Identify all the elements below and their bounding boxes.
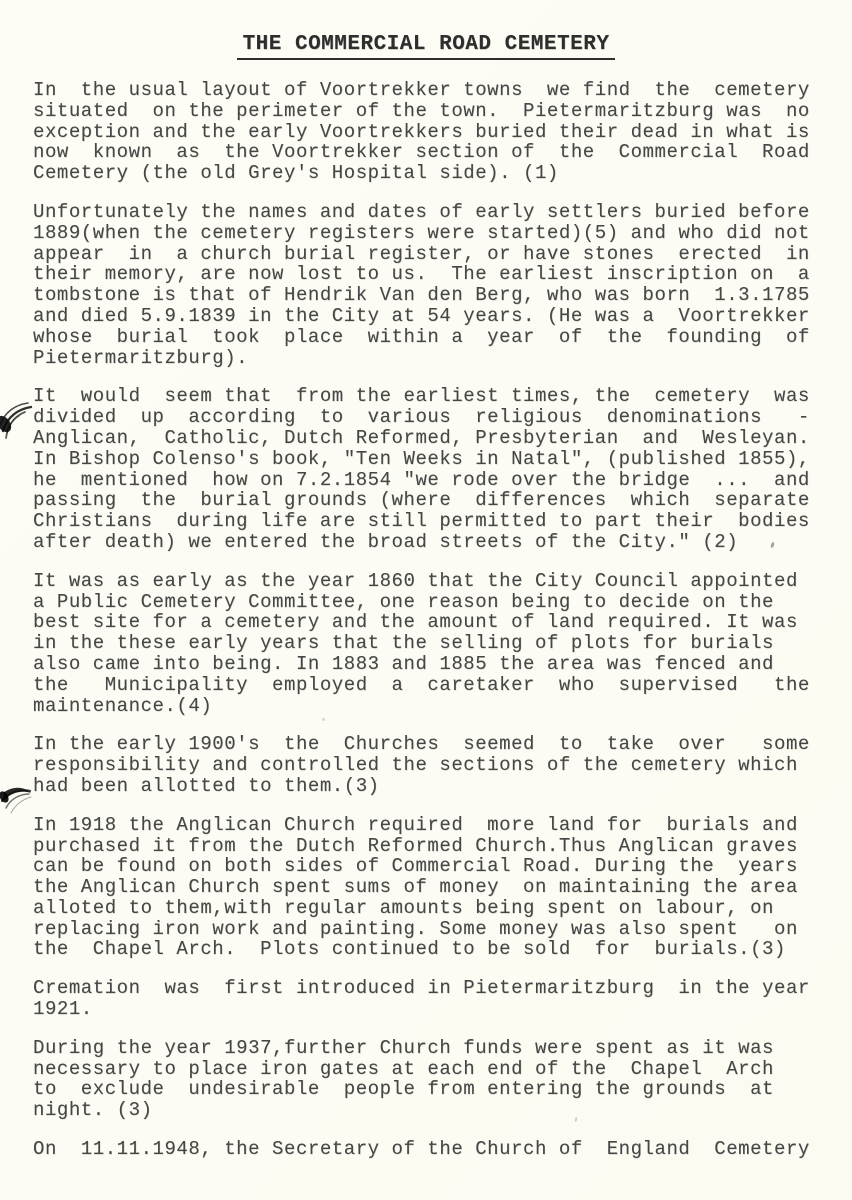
paragraph: In the usual layout of Voortrekker towns… — [33, 80, 852, 184]
document-body: In the usual layout of Voortrekker towns… — [0, 80, 852, 1160]
text-line: situated on the perimeter of the town. P… — [33, 101, 852, 122]
text-line: In 1918 the Anglican Church required mor… — [33, 815, 852, 836]
text-line: alloted to them,with regular amounts bei… — [33, 898, 852, 919]
text-line: During the year 1937,further Church fund… — [33, 1038, 852, 1059]
paragraph: On 11.11.1948, the Secretary of the Chur… — [33, 1139, 852, 1160]
text-line: their memory, are now lost to us. The ea… — [33, 264, 852, 285]
text-line: 1921. — [33, 999, 852, 1020]
paragraph: In 1918 the Anglican Church required mor… — [33, 815, 852, 961]
paragraph: During the year 1937,further Church fund… — [33, 1038, 852, 1121]
text-line: Cremation was first introduced in Pieter… — [33, 978, 852, 999]
text-line: the Chapel Arch. Plots continued to be s… — [33, 939, 852, 960]
text-line: night. (3) — [33, 1100, 852, 1121]
text-line: he mentioned how on 7.2.1854 "we rode ov… — [33, 470, 852, 491]
text-line: On 11.11.1948, the Secretary of the Chur… — [33, 1139, 852, 1160]
scanned-document-page: THE COMMERCIAL ROAD CEMETERY In the usua… — [0, 0, 852, 1200]
text-line: exception and the early Voortrekkers bur… — [33, 122, 852, 143]
text-line: in the these early years that the sellin… — [33, 633, 852, 654]
paragraph: Cremation was first introduced in Pieter… — [33, 978, 852, 1020]
text-line: Pietermaritzburg). — [33, 348, 852, 369]
text-line: the Anglican Church spent sums of money … — [33, 877, 852, 898]
text-line: Anglican, Catholic, Dutch Reformed, Pres… — [33, 428, 852, 449]
text-line: the Municipality employed a caretaker wh… — [33, 675, 852, 696]
text-line: 1889(when the cemetery registers were st… — [33, 223, 852, 244]
paragraph: Unfortunately the names and dates of ear… — [33, 202, 852, 368]
text-line: can be found on both sides of Commercial… — [33, 856, 852, 877]
text-line: purchased it from the Dutch Reformed Chu… — [33, 836, 852, 857]
text-line: Cemetery (the old Grey's Hospital side).… — [33, 163, 852, 184]
paragraph: In the early 1900's the Churches seemed … — [33, 734, 852, 796]
text-line: In the usual layout of Voortrekker towns… — [33, 80, 852, 101]
text-line: had been allotted to them.(3) — [33, 776, 852, 797]
text-line: best site for a cemetery and the amount … — [33, 612, 852, 633]
text-line: a Public Cemetery Committee, one reason … — [33, 592, 852, 613]
text-line: It was as early as the year 1860 that th… — [33, 571, 852, 592]
text-line: It would seem that from the earliest tim… — [33, 386, 852, 407]
paragraph: It was as early as the year 1860 that th… — [33, 571, 852, 717]
text-line: tombstone is that of Hendrik Van den Ber… — [33, 285, 852, 306]
text-line: also came into being. In 1883 and 1885 t… — [33, 654, 852, 675]
text-line: responsibility and controlled the sectio… — [33, 755, 852, 776]
text-line: appear in a church burial register, or h… — [33, 244, 852, 265]
text-line: after death) we entered the broad street… — [33, 532, 852, 553]
text-line: to exclude undesirable people from enter… — [33, 1079, 852, 1100]
text-line: and died 5.9.1839 in the City at 54 year… — [33, 306, 852, 327]
paragraph: It would seem that from the earliest tim… — [33, 386, 852, 552]
text-line: replacing iron work and painting. Some m… — [33, 919, 852, 940]
text-line: divided up according to various religiou… — [33, 407, 852, 428]
text-line: In the early 1900's the Churches seemed … — [33, 734, 852, 755]
scan-speck — [322, 718, 325, 721]
page-title: THE COMMERCIAL ROAD CEMETERY — [0, 33, 852, 60]
text-line: necessary to place iron gates at each en… — [33, 1059, 852, 1080]
text-line: Christians during life are still permitt… — [33, 511, 852, 532]
text-line: whose burial took place within a year of… — [33, 327, 852, 348]
text-line: now known as the Voortrekker section of … — [33, 142, 852, 163]
page-title-text: THE COMMERCIAL ROAD CEMETERY — [237, 33, 616, 60]
text-line: In Bishop Colenso's book, "Ten Weeks in … — [33, 449, 852, 470]
text-line: maintenance.(4) — [33, 696, 852, 717]
text-line: passing the burial grounds (where differ… — [33, 490, 852, 511]
text-line: Unfortunately the names and dates of ear… — [33, 202, 852, 223]
